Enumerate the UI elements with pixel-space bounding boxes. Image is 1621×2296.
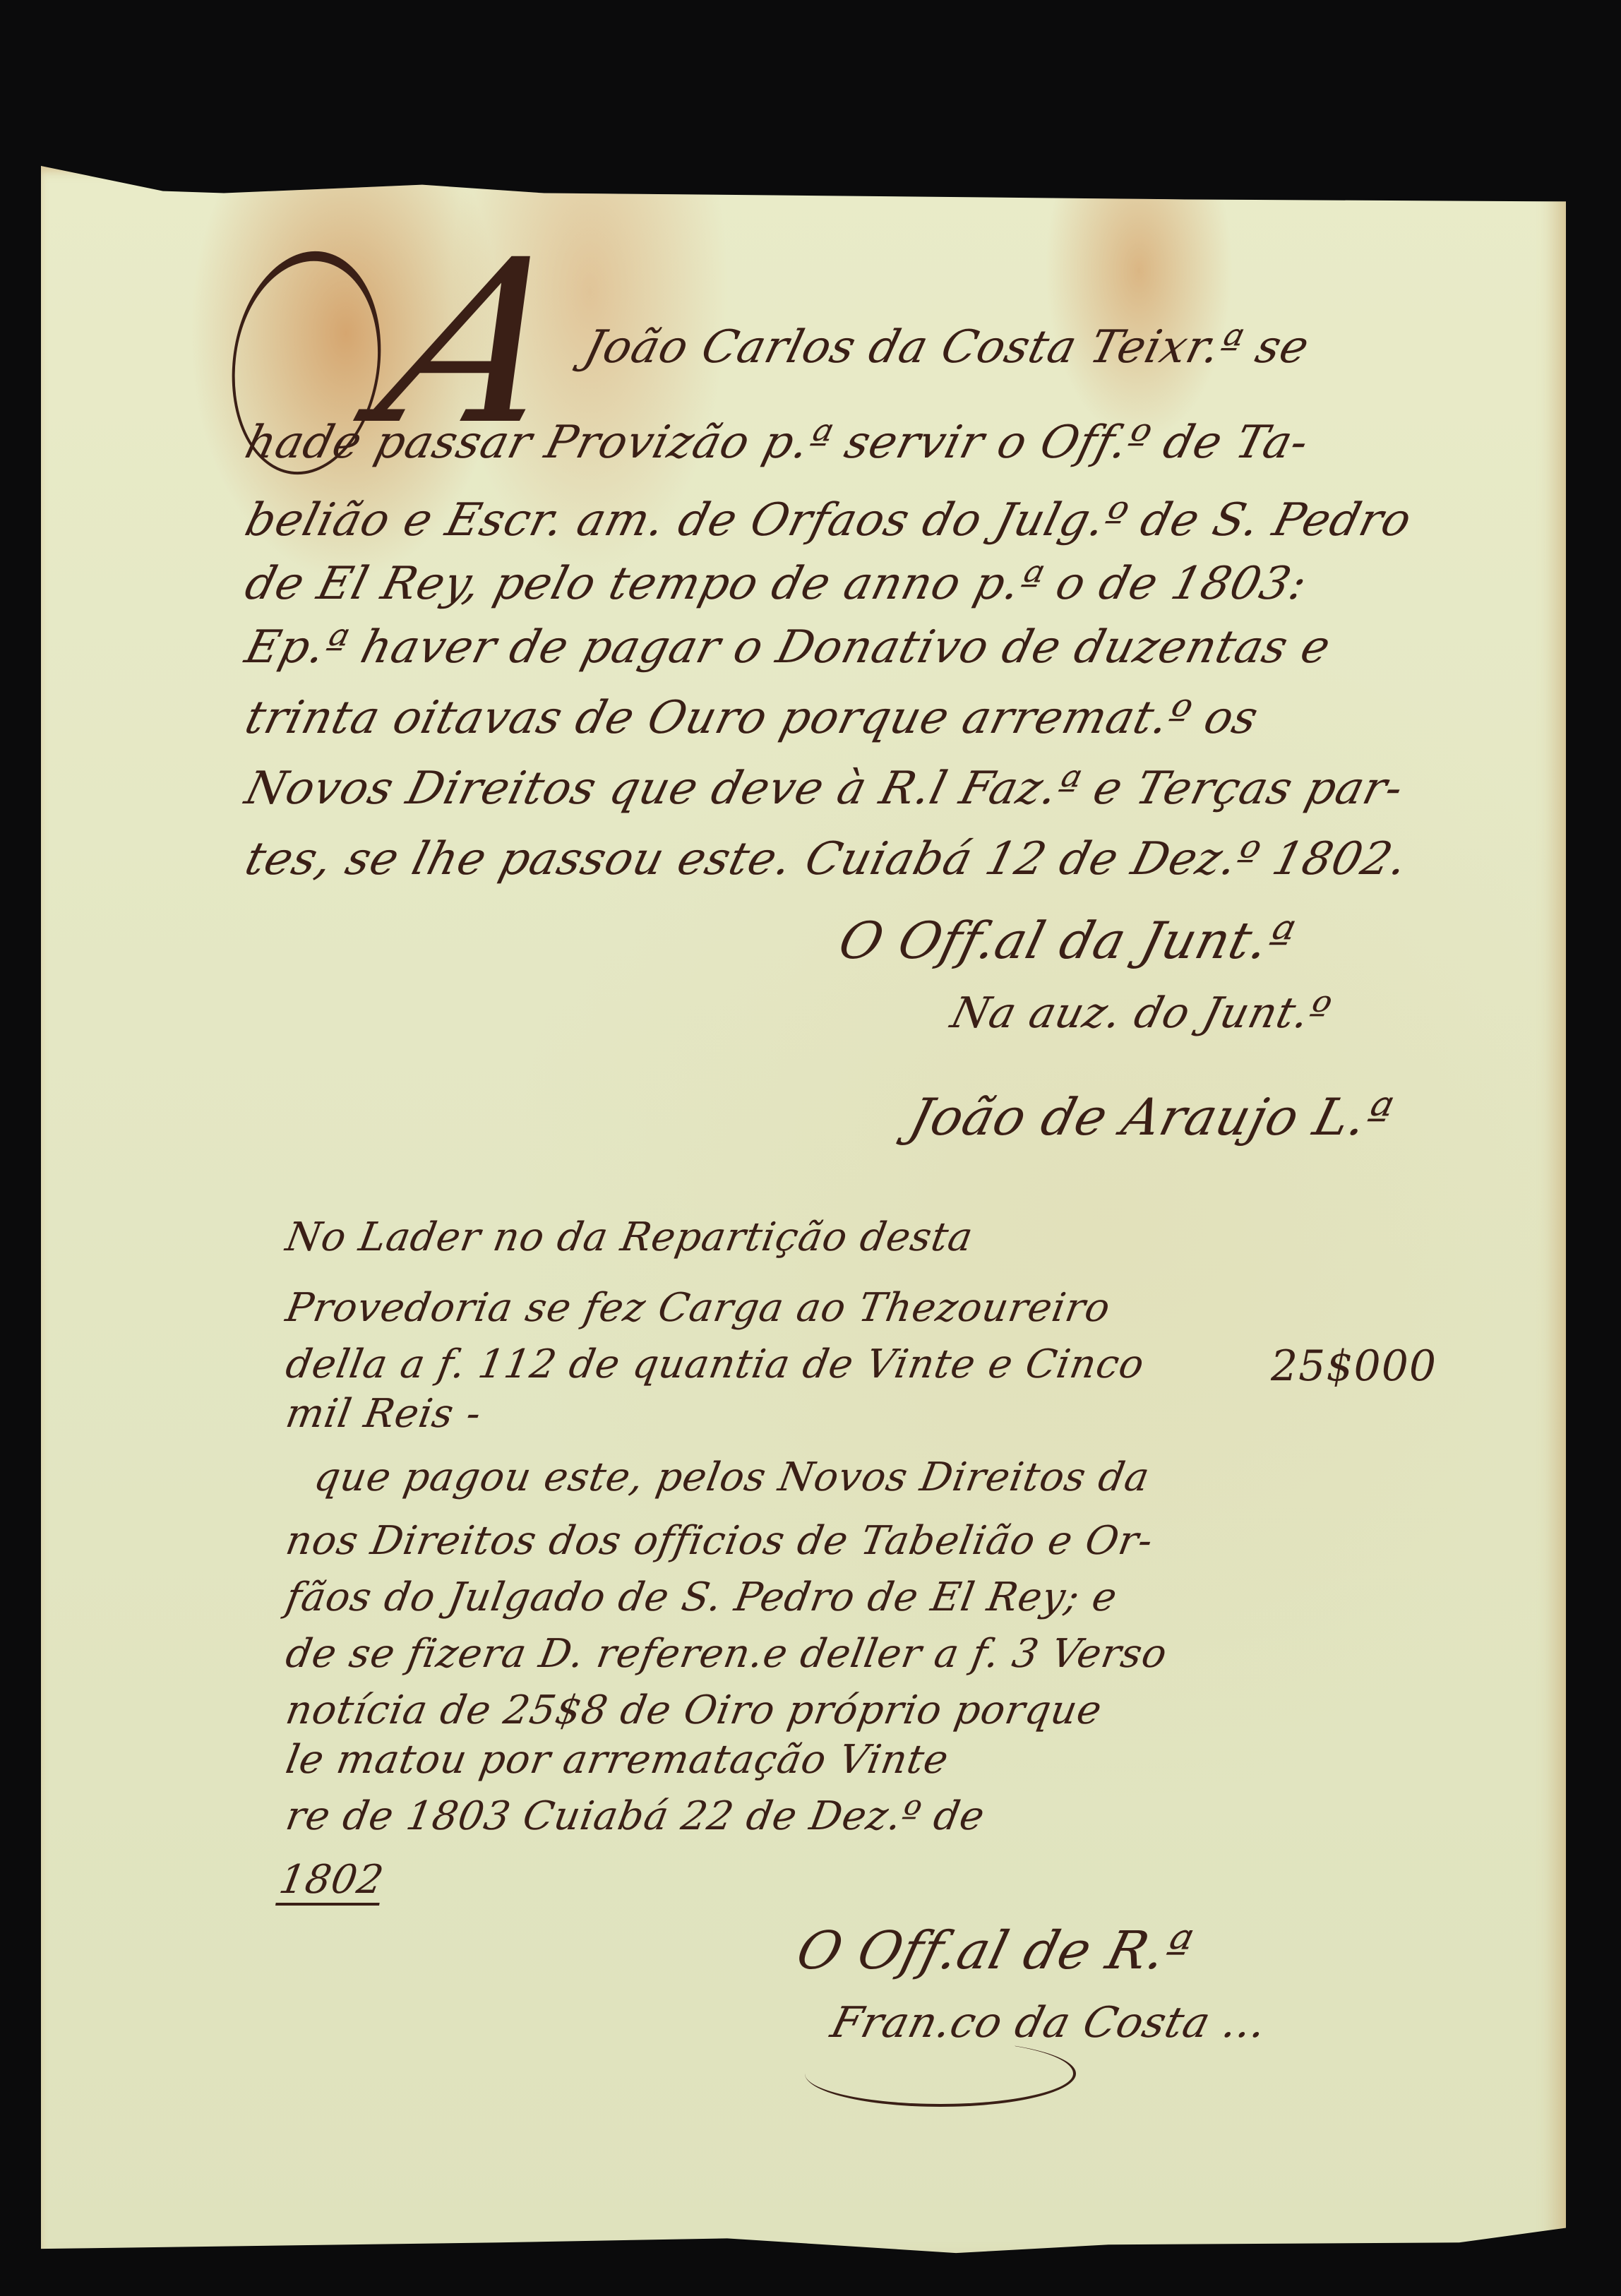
text-line: que pagou este, pelos Novos Direitos da (311, 1454, 1153, 1500)
text-line: nos Direitos dos officios de Tabelião e … (282, 1518, 1156, 1564)
signature-line: Na auz. do Junt.º (946, 988, 1336, 1038)
text-line: No Lader no da Repartição desta (282, 1214, 976, 1260)
signature-line: O Off.al da Junt.ª (833, 911, 1300, 970)
signature-line: O Off.al de R.ª (791, 1920, 1198, 1981)
text-line: della a f. 112 de quantia de Vinte e Cin… (282, 1341, 1148, 1387)
text-line: mil Reis - (282, 1391, 485, 1437)
underlined-year: 1802 (275, 1857, 388, 1906)
signature-flourish (805, 2040, 1076, 2107)
signature-name: João de Araujo L.ª (904, 1087, 1399, 1147)
text-line: tes, se lhe passou este. Cuiabá 12 de De… (240, 833, 1413, 885)
text-line: Ep.ª haver de pagar o Donativo de duzent… (240, 621, 1336, 674)
text-line: fãos do Julgado de S. Pedro de El Rey; e (282, 1574, 1121, 1620)
text-line: Novos Direitos que deve à R.l Faz.ª e Te… (240, 763, 1408, 815)
text-line: belião e Escr. am. de Orfaos do Julg.º d… (240, 494, 1417, 546)
text-line: de El Rey, pelo tempo de anno p.ª o de 1… (240, 558, 1312, 610)
text-line: Provedoria se fez Carga ao Thezoureiro (282, 1285, 1114, 1331)
margin-amount: 25$000 (1271, 1341, 1437, 1391)
text-line: João Carlos da Costa Teixr.ª se (579, 321, 1315, 373)
text-line: notícia de 25$8 de Oiro próprio porque (282, 1687, 1106, 1733)
text-line: de se fizera D. referen.e deller a f. 3 … (282, 1631, 1171, 1677)
signature-name: Fran.co da Costa ... (826, 1998, 1272, 2047)
text-line: hade passar Provizão p.ª servir o Off.º … (240, 417, 1314, 469)
text-line: re de 1803 Cuiabá 22 de Dez.º de (282, 1793, 988, 1839)
text-line: trinta oitavas de Ouro porque arremat.º … (240, 692, 1264, 744)
text-line: le matou por arrematação Vinte (282, 1737, 952, 1783)
